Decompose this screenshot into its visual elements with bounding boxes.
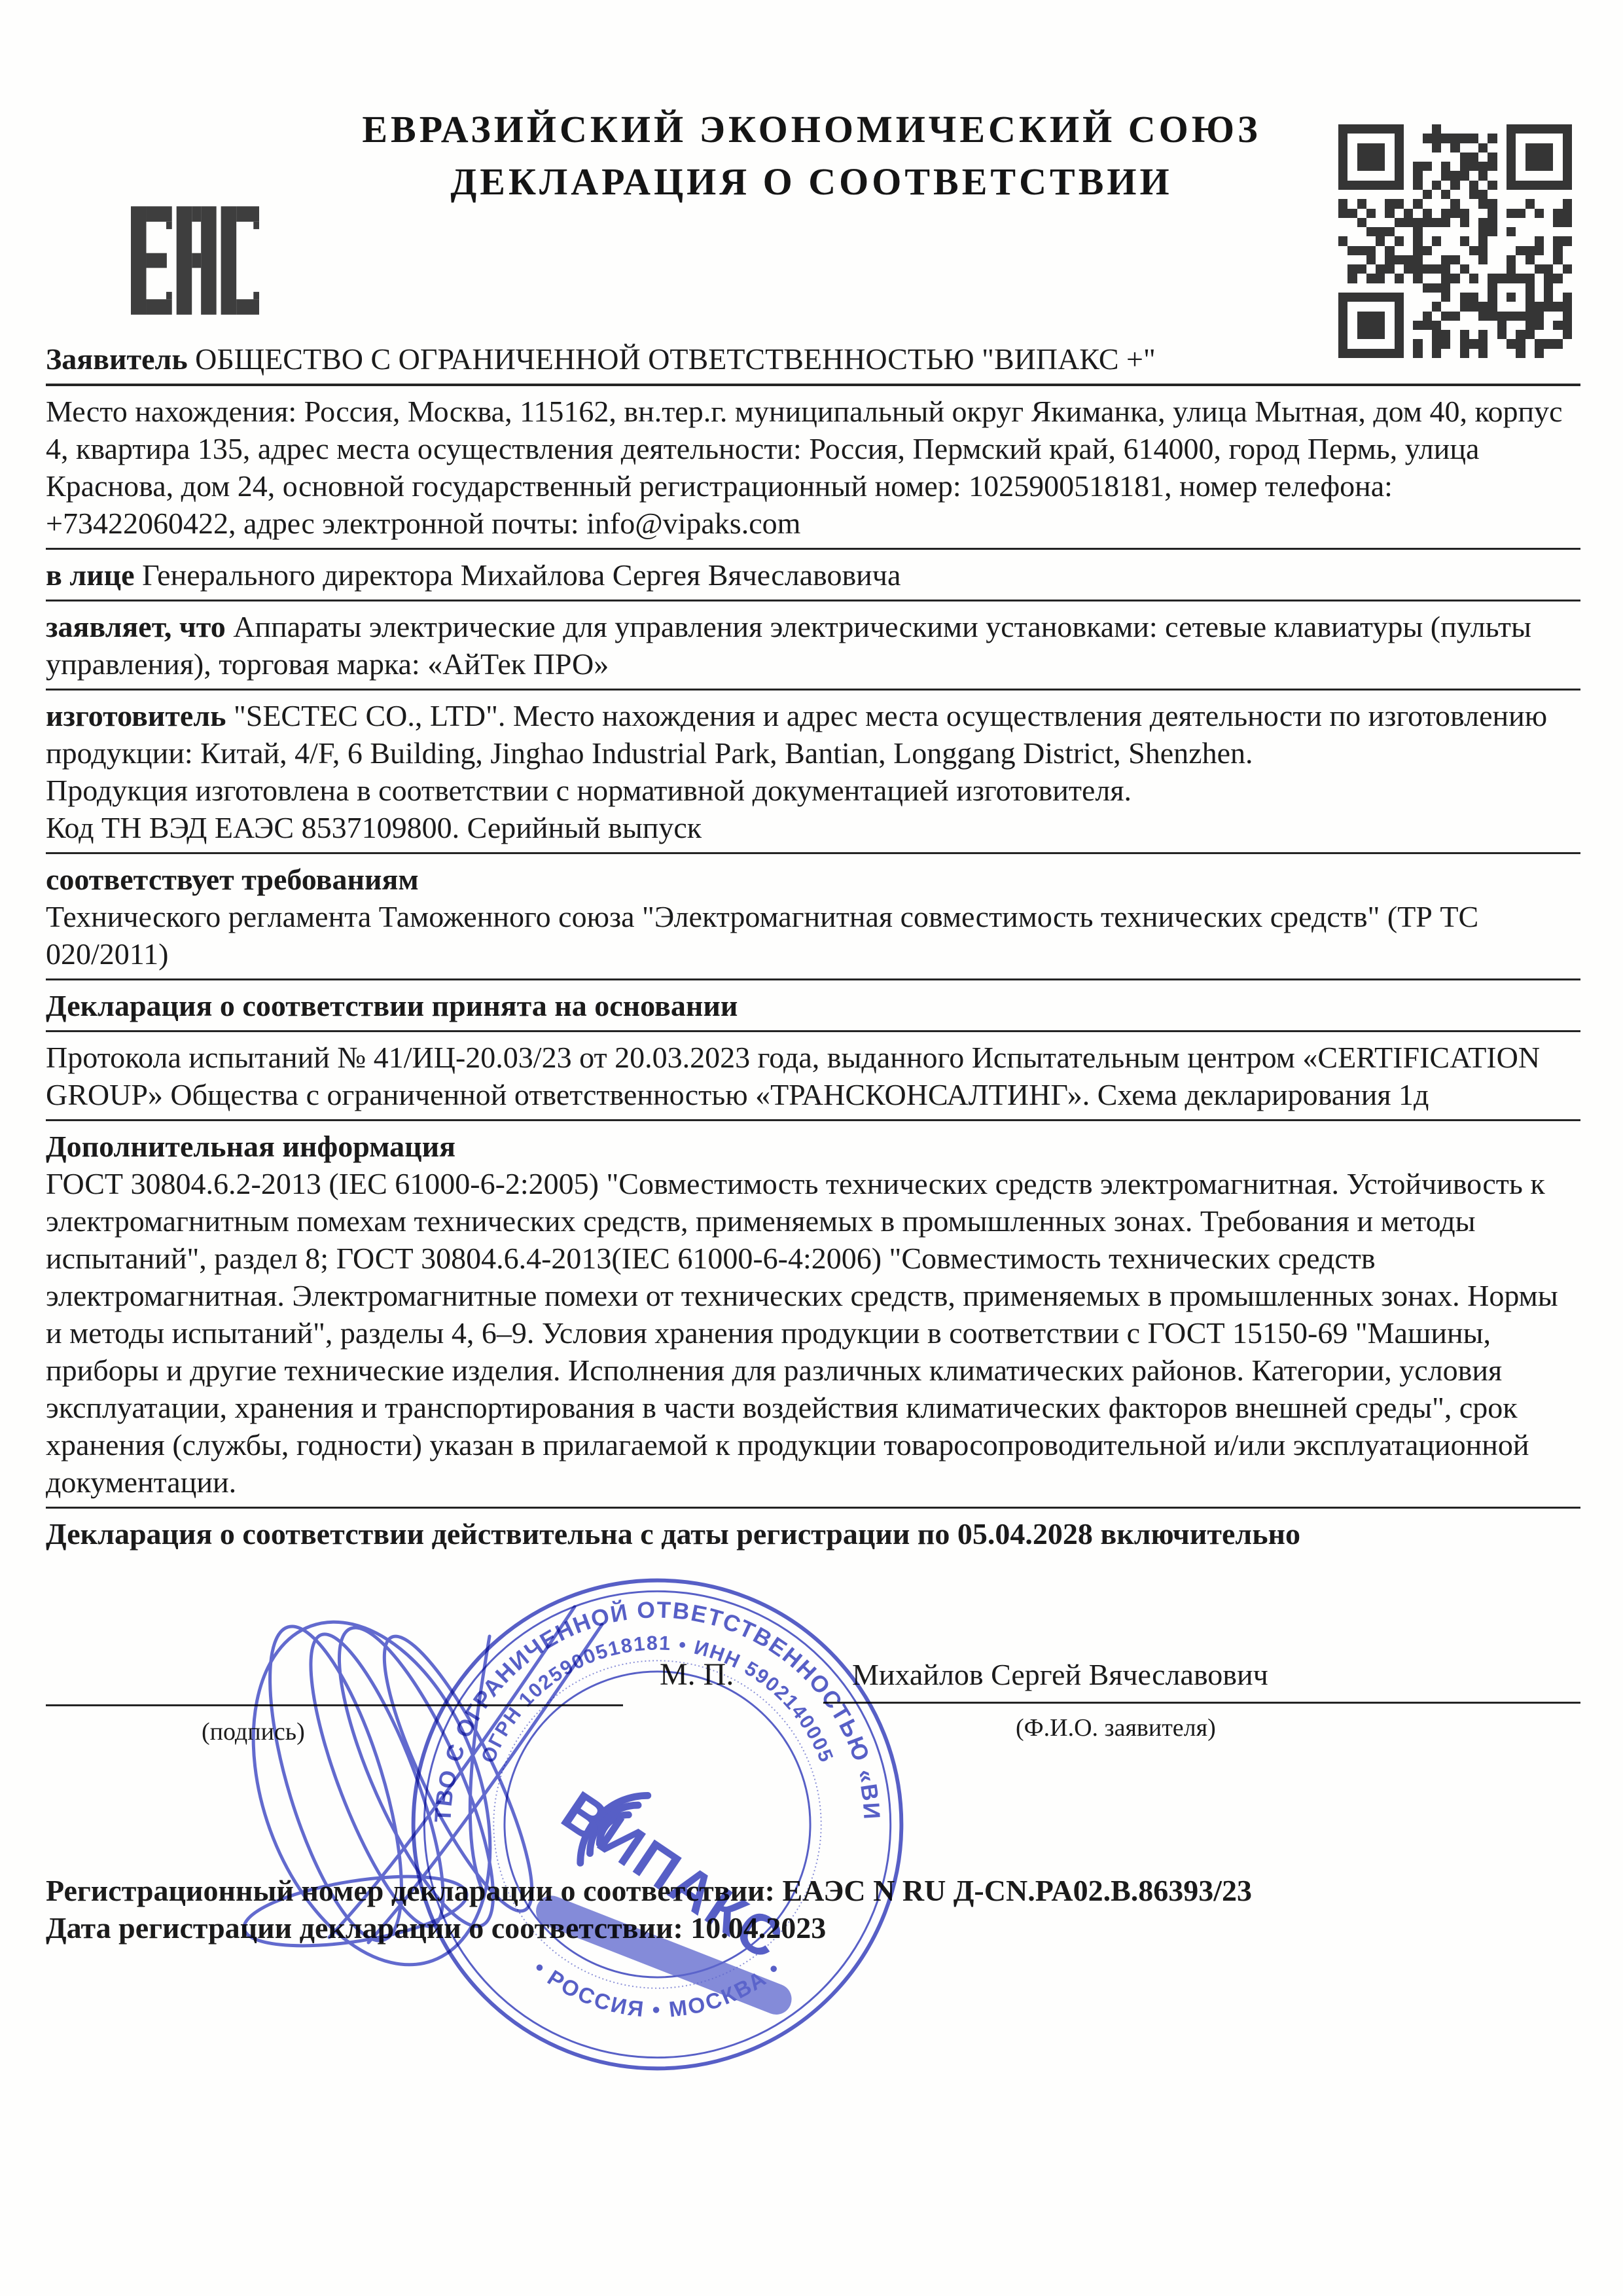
qr-code (1338, 124, 1572, 358)
location-paragraph: Место нахождения: Россия, Москва, 115162… (46, 393, 1580, 542)
divider (46, 384, 1580, 386)
additional-paragraph: ГОСТ 30804.6.2-2013 (IEC 61000-6-2:2005)… (46, 1165, 1580, 1501)
divider (46, 1030, 1580, 1032)
basis-heading: Декларация о соответствии принята на осн… (46, 987, 1580, 1024)
stamp-place-label: М. П. (660, 1656, 734, 1693)
signature-caption: (подпись) (202, 1713, 305, 1751)
regulation-paragraph: Технического регламента Таможенного союз… (46, 898, 1580, 973)
applicant-fullname: Михайлов Сергей Вячеславович (852, 1656, 1268, 1693)
fullname-caption: (Ф.И.О. заявителя) (1016, 1710, 1216, 1747)
declares-paragraph: заявляет, что Аппараты электрические для… (46, 608, 1580, 683)
tnved-line: Код ТН ВЭД ЕАЭС 8537109800. Серийный вып… (46, 809, 1580, 846)
signature-line (46, 1704, 623, 1706)
divider (46, 548, 1580, 550)
meets-heading: соответствует требованиям (46, 861, 1580, 898)
protocol-paragraph: Протокола испытаний № 41/ИЦ-20.03/23 от … (46, 1039, 1580, 1113)
divider (46, 600, 1580, 601)
svg-text:• РОССИЯ • МОСКВА •: • РОССИЯ • МОСКВА • (529, 1956, 786, 2022)
validity-line: Декларация о соответствии действительна … (46, 1515, 1580, 1552)
divider (46, 852, 1580, 854)
divider (46, 1119, 1580, 1121)
declaration-document: ЕВРАЗИЙСКИЙ ЭКОНОМИЧЕСКИЙ СОЮЗ ДЕКЛАРАЦИ… (0, 0, 1623, 2296)
additional-heading: Дополнительная информация (46, 1128, 1580, 1165)
divider (46, 978, 1580, 980)
person-value: Генерального директора Михайлова Сергея … (142, 558, 901, 592)
divider (46, 689, 1580, 691)
made-note: Продукция изготовлена в соответствии с н… (46, 772, 1580, 809)
fullname-line (823, 1702, 1580, 1704)
manufacturer-label: изготовитель (46, 699, 226, 732)
manufacturer-paragraph: изготовитель "SECTEC CO., LTD". Место на… (46, 697, 1580, 772)
person-line: в лице Генерального директора Михайлова … (46, 556, 1580, 594)
eac-logo-icon (131, 198, 259, 323)
applicant-label: Заявитель (46, 342, 188, 376)
registration-date-line: Дата регистрации декларации о соответств… (46, 1909, 1580, 1946)
applicant-line: Заявитель ОБЩЕСТВО С ОГРАНИЧЕННОЙ ОТВЕТС… (46, 340, 1580, 378)
document-body: Заявитель ОБЩЕСТВО С ОГРАНИЧЕННОЙ ОТВЕТС… (46, 340, 1580, 1946)
stamp-ring-bottom-text: • РОССИЯ • МОСКВА • (529, 1956, 786, 2022)
registration-date-value: 10.04.2023 (690, 1911, 826, 1945)
divider (46, 1507, 1580, 1509)
person-label: в лице (46, 558, 135, 592)
applicant-value: ОБЩЕСТВО С ОГРАНИЧЕННОЙ ОТВЕТСТВЕННОСТЬЮ… (195, 342, 1156, 376)
registration-number-label: Регистрационный номер декларации о соотв… (46, 1874, 775, 1907)
registration-number-line: Регистрационный номер декларации о соотв… (46, 1872, 1580, 1909)
declares-label: заявляет, что (46, 610, 226, 643)
signature-block: (подпись) М. П. Михайлов Сергей Вячеслав… (46, 1566, 1580, 1872)
registration-date-label: Дата регистрации декларации о соответств… (46, 1911, 683, 1945)
manufacturer-value: "SECTEC CO., LTD". Место нахождения и ад… (46, 699, 1547, 770)
declares-value: Аппараты электрические для управления эл… (46, 610, 1531, 681)
registration-number-value: ЕАЭС N RU Д-CN.PA02.B.86393/23 (782, 1874, 1252, 1907)
